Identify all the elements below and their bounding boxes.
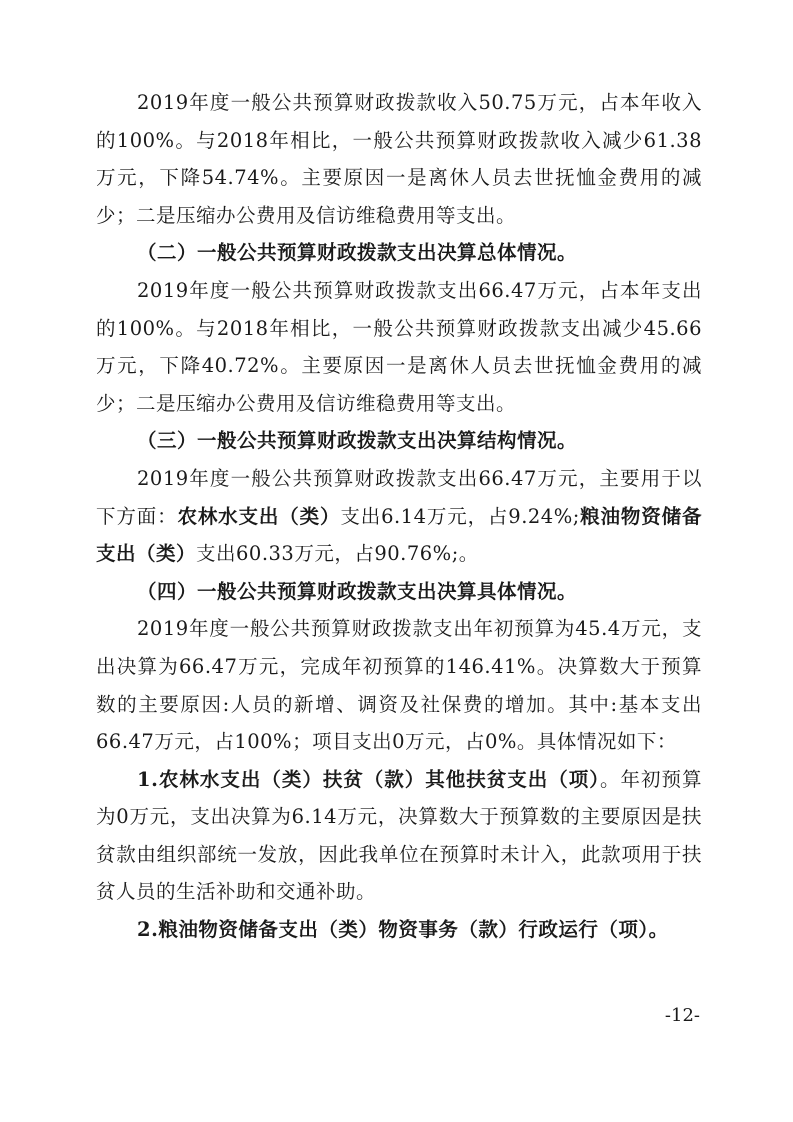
heading-item-2: 2.粮油物资储备支出（类）物资事务（款）行政运行（项）。: [96, 911, 702, 949]
paragraph-expenditure-details: 2019年度一般公共预算财政拨款支出年初预算为45.4万元，支出决算为66.47…: [96, 610, 702, 760]
page-number: -12-: [665, 1005, 700, 1026]
text-run: 支出6.14万元，占9.24%;: [340, 505, 579, 528]
text-run: 支出60.33万元，占90.76%;。: [196, 542, 479, 565]
document-page: 2019年度一般公共预算财政拨款收入50.75万元，占本年收入的100%。与20…: [96, 84, 702, 949]
bold-item-1-title: 1.农林水支出（类）扶贫（款）其他扶贫支出（项）: [137, 768, 600, 791]
heading-expenditure-details: （四）一般公共预算财政拨款支出决算具体情况。: [96, 573, 702, 611]
heading-expenditure-overall: （二）一般公共预算财政拨款支出决算总体情况。: [96, 234, 702, 272]
paragraph-general-budget-income: 2019年度一般公共预算财政拨款收入50.75万元，占本年收入的100%。与20…: [96, 84, 702, 234]
paragraph-expenditure-structure: 2019年度一般公共预算财政拨款支出66.47万元，主要用于以下方面：农林水支出…: [96, 460, 702, 573]
paragraph-item-1: 1.农林水支出（类）扶贫（款）其他扶贫支出（项）。年初预算为0万元，支出决算为6…: [96, 761, 702, 911]
paragraph-expenditure-overall: 2019年度一般公共预算财政拨款支出66.47万元，占本年支出的100%。与20…: [96, 272, 702, 422]
heading-expenditure-structure: （三）一般公共预算财政拨款支出决算结构情况。: [96, 422, 702, 460]
bold-category-agriculture: 农林水支出（类）: [177, 505, 340, 528]
